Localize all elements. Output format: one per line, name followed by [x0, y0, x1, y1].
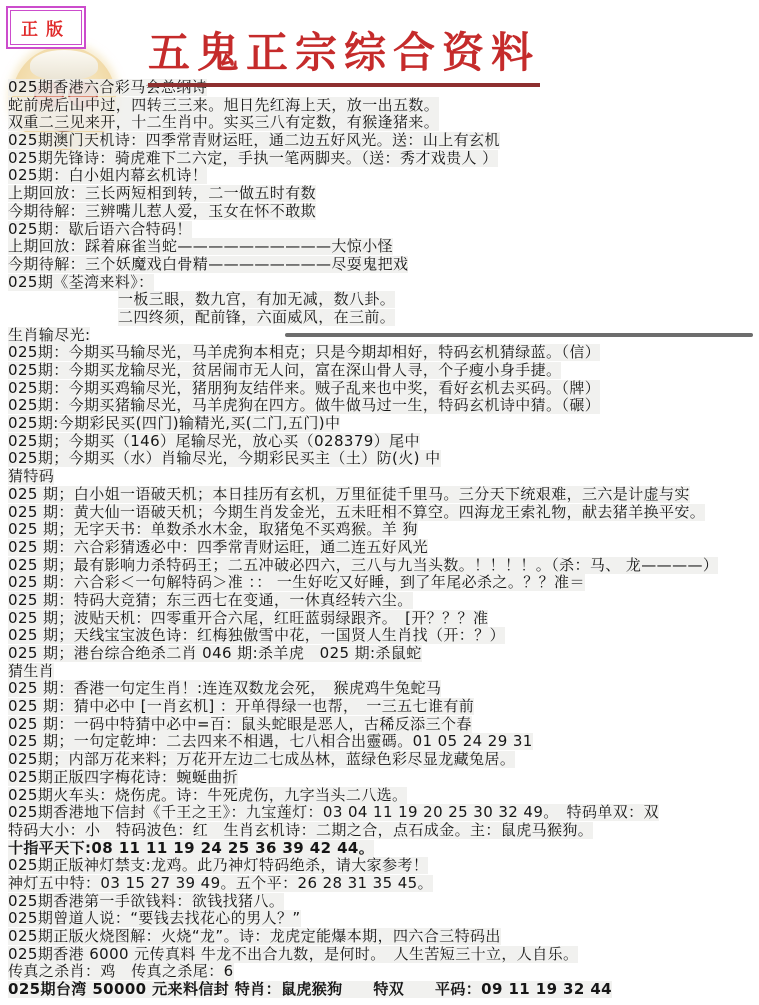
text-line: 025期香港第一手欲钱料：欲钱找猪八。 — [0, 893, 759, 911]
text-line: 上期回放：三长两短相到转，二一做五时有数 — [0, 185, 759, 203]
text-line: 上期回放：踩着麻雀当蛇——————————大惊小怪 — [0, 238, 759, 256]
text-line-content: 025 期：香港一句定生肖！:连连双数龙会死， 猴虎鸡牛兔蛇马 — [8, 680, 441, 697]
page-title-wrap: 五鬼正宗综合资料 — [148, 20, 540, 87]
text-line: 025 期：六合彩＜一句解特码＞准 ：： 一生好吃又好睡，到了年尾必杀之。？？准… — [0, 574, 759, 592]
text-line-content: 十指平天下:08 11 11 19 24 25 36 39 42 44。 — [8, 840, 374, 857]
text-line-content: 特码大小：小 特码波色：红 生肖玄机诗：二期之合，点石成金。主：鼠虎马猴狗。 — [8, 822, 593, 839]
text-line-content: 今期待解：三辨嘴儿惹人爱，玉女在怀不敢欺 — [8, 203, 316, 220]
text-line: 025期正版火烧图解：火烧“龙”。诗：龙虎定能爆本期，四六合三特码出 — [0, 928, 759, 946]
text-line: 双重二三见来开，十二生肖中。实买三八有定数，有猴逢猪来。 — [0, 114, 759, 132]
text-line: 025期：歇后语六合特码！ — [0, 221, 759, 239]
text-line: 二四终须，配前锋，六面威风，在三前。 — [0, 309, 759, 327]
text-line: 025期火车头：烧伤虎。诗：牛死虎伤，九字当头二八选。 — [0, 787, 759, 805]
text-line-content: 025期正版火烧图解：火烧“龙”。诗：龙虎定能爆本期，四六合三特码出 — [8, 928, 501, 945]
text-line-content: 猜特码 — [8, 468, 54, 485]
text-line-content: 上期回放：三长两短相到转，二一做五时有数 — [8, 185, 316, 202]
text-line: 025期正版四字梅花诗：蜿蜒曲折 — [0, 769, 759, 787]
text-line-content: 025期香港第一手欲钱料：欲钱找猪八。 — [8, 893, 284, 910]
text-line: 蛇前虎后山中过，四转三三来。旭日先红海上天，放一出五数。 — [0, 97, 759, 115]
text-line: 025期：今期买鸡输尽光，猪朋狗友结伴来。贼子乱来也中奖，看好玄机去买码。（牌） — [0, 380, 759, 398]
text-line-content: 025期:今期彩民买(四门)输精光,买(二门,五门)中 — [8, 415, 340, 432]
text-line-content: 025期：白小姐内幕玄机诗！ — [8, 167, 207, 184]
text-line-content: 一板三眼，数九宫，有加无减，数八卦。 — [118, 291, 395, 308]
text-line: 神灯五中特：03 15 27 39 49。五个平：26 28 31 35 45。 — [0, 875, 759, 893]
text-line: 025期：今期买猪输尽光，马羊虎狗在四方。做牛做马过一生，特码玄机诗中猜。（碾） — [0, 397, 759, 415]
text-line-content: 025期正版四字梅花诗：蜿蜒曲折 — [8, 769, 238, 786]
tip-sheet-page: 正版 五鬼正宗综合资料 025期香港六合彩马会总纲诗蛇前虎后山中过，四转三三来。… — [0, 0, 759, 1005]
text-line: 猜生肖 — [0, 663, 759, 681]
content-lines: 025期香港六合彩马会总纲诗蛇前虎后山中过，四转三三来。旭日先红海上天，放一出五… — [0, 79, 759, 999]
text-line: 025 期：六合彩猜透必中：四季常青财运旺，通二连五好风光 — [0, 539, 759, 557]
text-line-content: 025期正版神灯禁支:龙鸡。此乃神灯特码绝杀，请大家参考！ — [8, 857, 428, 874]
text-line-content: 025期：今期买马输尽光，马羊虎狗本相克；只是今期却相好，特码玄机猜绿蓝。（信） — [8, 344, 600, 361]
text-line-content: 025期香港 6000 元传真料 牛龙不出合九数，是何时。 人生苦短三十立，人自… — [8, 946, 578, 963]
text-line: 025 期：特码大竞猜；东三西七在变通，一休真经转六尘。 — [0, 592, 759, 610]
text-line-content: 025期香港地下信封《千王之王》：九宝莲灯：03 04 11 19 20 25 … — [8, 804, 659, 821]
text-line: 今期待解：三个妖魔戏白骨精————————尽耍鬼把戏 — [0, 256, 759, 274]
text-line-content: 025期《荃湾来料》： — [8, 274, 154, 291]
text-line-content: 025 期；白小姐一语破天机；本日挂历有玄机，万里征徒千里马。三分天下统艰难，三… — [8, 486, 690, 503]
text-line: 025 期；最有影响力杀特码王；二五冲破必四六，三八与九当头数。！！！！。（杀：… — [0, 557, 759, 575]
authentic-badge-frame: 正版 — [10, 10, 82, 45]
avatar-hair — [30, 50, 98, 80]
text-line: 025 期：猜中必中 [一肖玄机] ：开单得绿一也帮， 一三五七谁有前 — [0, 698, 759, 716]
text-line: 025期；今期买（水）肖输尽光，今期彩民买主（土）防(火) 中 — [0, 450, 759, 468]
authentic-badge: 正版 — [6, 6, 86, 49]
text-line-content: 传真之杀肖：鸡 传真之杀尾：6 — [8, 963, 234, 980]
text-line-content: 025 期；最有影响力杀特码王；二五冲破必四六，三八与九当头数。！！！！。（杀：… — [8, 557, 718, 574]
text-line-content: 025 期：黄大仙一语破天机；今期生肖发金光，五未旺相不算空。四海龙王索礼物，献… — [8, 504, 705, 521]
text-line-content: 二四终须，配前锋，六面威风，在三前。 — [118, 309, 395, 326]
text-line: 生肖输尽光: — [0, 327, 759, 345]
text-line-content: 025期澳门天机诗：四季常青财运旺，通二边五好风光。送：山上有玄机 — [8, 132, 500, 149]
text-line-content: 025 期：六合彩＜一句解特码＞准 ：： 一生好吃又好睡，到了年尾必杀之。？？准… — [8, 574, 585, 591]
text-line: 025 期：黄大仙一语破天机；今期生肖发金光，五未旺相不算空。四海龙王索礼物，献… — [0, 504, 759, 522]
text-line-content: 猜生肖 — [8, 663, 54, 680]
text-line-content: 025期；今期买（水）肖输尽光，今期彩民买主（土）防(火) 中 — [8, 450, 441, 467]
page-title: 五鬼正宗综合资料 — [148, 20, 540, 87]
text-line: 传真之杀肖：鸡 传真之杀尾：6 — [0, 963, 759, 981]
text-line-content: 025期：今期买猪输尽光，马羊虎狗在四方。做牛做马过一生，特码玄机诗中猜。（碾） — [8, 397, 600, 414]
text-line-content: 今期待解：三个妖魔戏白骨精————————尽耍鬼把戏 — [8, 256, 408, 273]
text-line: 025期；今期买（146）尾输尽光，放心买（028379）尾中 — [0, 433, 759, 451]
text-line: 025期台湾 50000 元来料信封 特肖：鼠虎猴狗 特双 平码：09 11 1… — [0, 981, 759, 999]
text-line-content: 025期台湾 50000 元来料信封 特肖：鼠虎猴狗 特双 平码：09 11 1… — [8, 981, 612, 998]
text-line-content: 025期；内部万花来料；万花开左边二七成丛林，蓝绿色彩尽显龙藏兔居。 — [8, 751, 515, 768]
text-line: 025期曾道人说：“要钱去找花心的男人？” — [0, 910, 759, 928]
text-line: 025期先锋诗：骑虎难下二六定，手执一笔两脚夹。（送：秀才戏贵人 ） — [0, 150, 759, 168]
text-line: 025期《荃湾来料》： — [0, 274, 759, 292]
text-line: 025 期；无字天书：单数杀水木金，取猪兔不买鸡猴。羊 狗 — [0, 521, 759, 539]
text-line-content: 025 期：特码大竞猜；东三西七在变通，一休真经转六尘。 — [8, 592, 413, 609]
text-line: 025期；内部万花来料；万花开左边二七成丛林，蓝绿色彩尽显龙藏兔居。 — [0, 751, 759, 769]
text-line-content: 025 期：猜中必中 [一肖玄机] ：开单得绿一也帮， 一三五七谁有前 — [8, 698, 474, 715]
text-line-content: 025 期；波贴天机：四零重开合六尾，红旺蓝弱绿跟齐。 [开？？？准 — [8, 610, 488, 627]
text-line-content: 025 期；天线宝宝波色诗：红梅独傲雪中花，一国贤人生肖找（开：？） — [8, 627, 505, 644]
text-line-content: 025期：歇后语六合特码！ — [8, 221, 192, 238]
text-line-content: 025期火车头：烧伤虎。诗：牛死虎伤，九字当头二八选。 — [8, 787, 407, 804]
text-line: 025 期；港台综合绝杀二肖 046 期:杀羊虎 025 期:杀鼠蛇 — [0, 645, 759, 663]
text-line-content: 025期先锋诗：骑虎难下二六定，手执一笔两脚夹。（送：秀才戏贵人 ） — [8, 150, 498, 167]
text-line: 025期:今期彩民买(四门)输精光,买(二门,五门)中 — [0, 415, 759, 433]
text-line: 025期：今期买龙输尽光，贫居闹市无人问，富在深山骨人寻，个子瘦小身手捷。 — [0, 362, 759, 380]
text-line-content: 025期：今期买鸡输尽光，猪朋狗友结伴来。贼子乱来也中奖，看好玄机去买码。（牌） — [8, 380, 600, 397]
text-line: 025期正版神灯禁支:龙鸡。此乃神灯特码绝杀，请大家参考！ — [0, 857, 759, 875]
text-line: 025期澳门天机诗：四季常青财运旺，通二边五好风光。送：山上有玄机 — [0, 132, 759, 150]
text-line-content: 025期；今期买（146）尾输尽光，放心买（028379）尾中 — [8, 433, 420, 450]
text-line: 025期香港地下信封《千王之王》：九宝莲灯：03 04 11 19 20 25 … — [0, 804, 759, 822]
text-line: 025 期：一码中特猜中必中=百：鼠头蛇眼是恶人，古稀反添三个春 — [0, 716, 759, 734]
text-line-content: 025 期；一句定乾坤：二去四来不相遇，七八相合出靈碼。01 05 24 29 … — [8, 733, 533, 750]
text-line: 025 期；一句定乾坤：二去四来不相遇，七八相合出靈碼。01 05 24 29 … — [0, 733, 759, 751]
text-line-content: 025期曾道人说：“要钱去找花心的男人？” — [8, 910, 301, 927]
text-line: 025 期；天线宝宝波色诗：红梅独傲雪中花，一国贤人生肖找（开：？） — [0, 627, 759, 645]
text-line-content: 双重二三见来开，十二生肖中。实买三八有定数，有猴逢猪来。 — [8, 114, 439, 131]
text-line-content: 025 期；港台综合绝杀二肖 046 期:杀羊虎 025 期:杀鼠蛇 — [8, 645, 422, 662]
text-line: 025期：今期买马输尽光，马羊虎狗本相克；只是今期却相好，特码玄机猜绿蓝。（信） — [0, 344, 759, 362]
text-line-content: 025 期：一码中特猜中必中=百：鼠头蛇眼是恶人，古稀反添三个春 — [8, 716, 472, 733]
text-line: 025 期；波贴天机：四零重开合六尾，红旺蓝弱绿跟齐。 [开？？？准 — [0, 610, 759, 628]
text-line: 十指平天下:08 11 11 19 24 25 36 39 42 44。 — [0, 840, 759, 858]
text-line-content: 025 期；无字天书：单数杀水木金，取猪兔不买鸡猴。羊 狗 — [8, 521, 418, 538]
text-line: 猜特码 — [0, 468, 759, 486]
text-line: 025期：白小姐内幕玄机诗！ — [0, 167, 759, 185]
text-line: 025 期；白小姐一语破天机；本日挂历有玄机，万里征徒千里马。三分天下统艰难，三… — [0, 486, 759, 504]
authentic-badge-label: 正版 — [21, 20, 71, 40]
text-line-content: 025期：今期买龙输尽光，贫居闹市无人问，富在深山骨人寻，个子瘦小身手捷。 — [8, 362, 561, 379]
text-line-content: 025 期：六合彩猜透必中：四季常青财运旺，通二连五好风光 — [8, 539, 428, 556]
text-line: 今期待解：三辨嘴儿惹人爱，玉女在怀不敢欺 — [0, 203, 759, 221]
text-line: 特码大小：小 特码波色：红 生肖玄机诗：二期之合，点石成金。主：鼠虎马猴狗。 — [0, 822, 759, 840]
text-line-content: 蛇前虎后山中过，四转三三来。旭日先红海上天，放一出五数。 — [8, 97, 439, 114]
text-line-content: 神灯五中特：03 15 27 39 49。五个平：26 28 31 35 45。 — [8, 875, 433, 892]
text-line: 025期香港 6000 元传真料 牛龙不出合九数，是何时。 人生苦短三十立，人自… — [0, 946, 759, 964]
text-line: 025 期：香港一句定生肖！:连连双数龙会死， 猴虎鸡牛兔蛇马 — [0, 680, 759, 698]
text-line-content: 生肖输尽光: — [8, 327, 90, 344]
text-line: 一板三眼，数九宫，有加无减，数八卦。 — [0, 291, 759, 309]
text-line-content: 上期回放：踩着麻雀当蛇——————————大惊小怪 — [8, 238, 393, 255]
